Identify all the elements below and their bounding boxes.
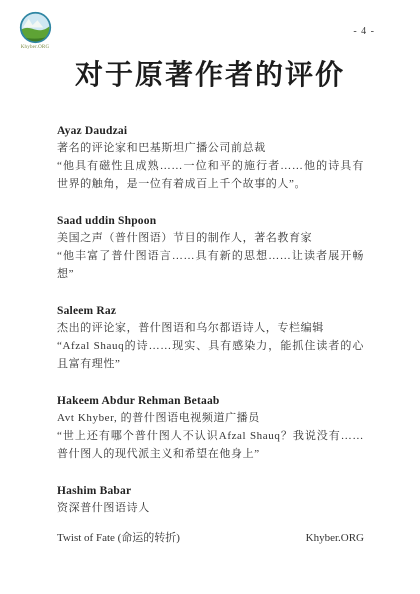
reviewer-name: Hakeem Abdur Rehman Betaab [57,394,364,409]
page-title: 对于原著作者的评价 [0,58,420,94]
reviewer-quote: “他丰富了普什图语言……具有新的思想……让读者展开畅想” [57,247,364,283]
khyber-logo: Khyber.ORG [15,11,55,51]
footer-book-title: Twist of Fate (命运的转折) [57,531,180,546]
reviewer-role: 杰出的评论家，普什图语和乌尔都语诗人，专栏编辑 [57,319,364,337]
document-page: Khyber.ORG - 4 - 对于原著作者的评价 Ayaz Daudzai … [0,0,420,594]
review-section: Saad uddin Shpoon 美国之声（普什图语）节目的制作人，著名教育家… [57,214,364,283]
reviews-list: Ayaz Daudzai 著名的评论家和巴基斯坦广播公司前总裁 “他具有磁性且成… [57,124,364,538]
reviewer-name: Saleem Raz [57,304,364,319]
review-section: Hashim Babar 资深普什图语诗人 [57,484,364,517]
reviewer-role: 资深普什图语诗人 [57,499,364,517]
reviewer-name: Saad uddin Shpoon [57,214,364,229]
reviewer-role: 美国之声（普什图语）节目的制作人，著名教育家 [57,229,364,247]
reviewer-quote: “世上还有哪个普什图人不认识Afzal Shauq？我说没有……普什图人的现代派… [57,427,364,463]
reviewer-name: Ayaz Daudzai [57,124,364,139]
reviewer-name: Hashim Babar [57,484,364,499]
reviewer-role: Avt Khyber, 的普什图语电视频道广播员 [57,409,364,427]
reviewer-quote: “他具有磁性且成熟……一位和平的施行者……他的诗具有世界的触角，是一位有着成百上… [57,157,364,193]
footer-site-name: Khyber.ORG [306,531,364,546]
page-footer: Twist of Fate (命运的转折) Khyber.ORG [57,531,364,546]
review-section: Ayaz Daudzai 著名的评论家和巴基斯坦广播公司前总裁 “他具有磁性且成… [57,124,364,193]
khyber-logo-icon [19,11,52,44]
khyber-logo-caption: Khyber.ORG [15,44,55,51]
review-section: Saleem Raz 杰出的评论家，普什图语和乌尔都语诗人，专栏编辑 “Afza… [57,304,364,373]
page-number: - 4 - [353,26,375,37]
reviewer-role: 著名的评论家和巴基斯坦广播公司前总裁 [57,139,364,157]
review-section: Hakeem Abdur Rehman Betaab Avt Khyber, 的… [57,394,364,463]
reviewer-quote: “Afzal Shauq的诗……现实、具有感染力，能抓住读者的心且富有理性” [57,337,364,373]
